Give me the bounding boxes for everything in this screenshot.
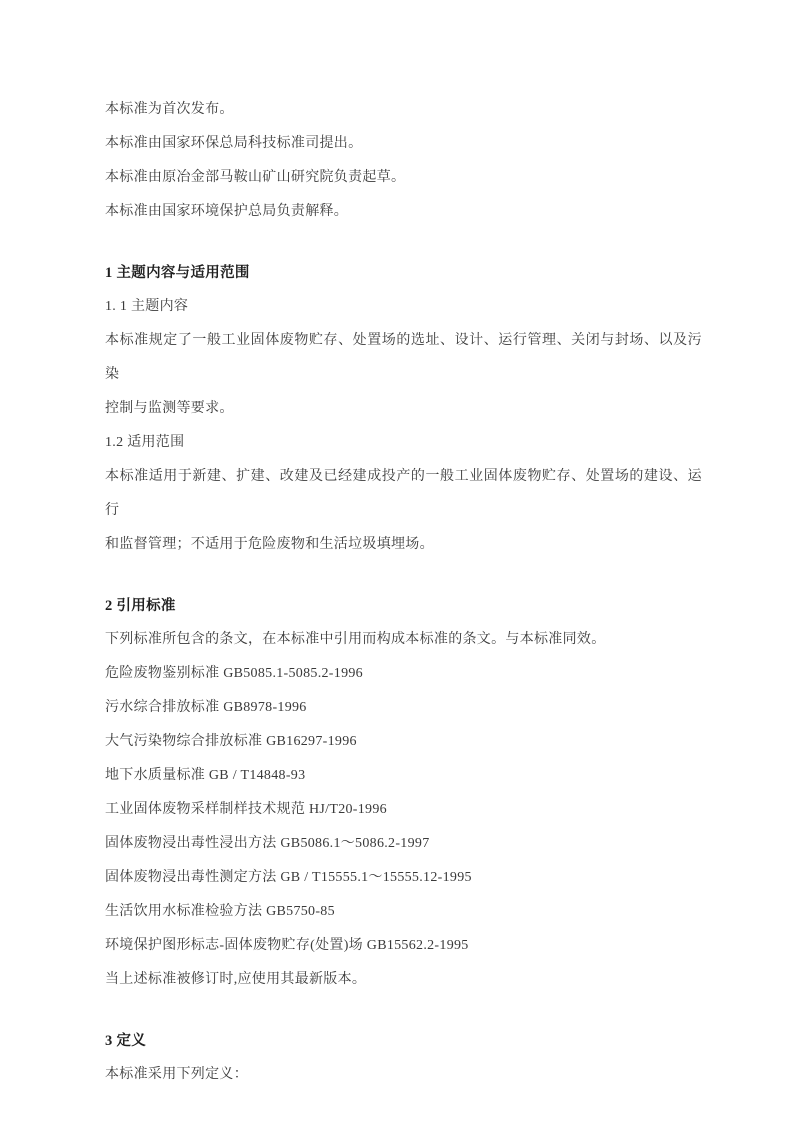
paragraph: 1.2 适用范围: [105, 426, 702, 460]
paragraph: 1. 1 主题内容: [105, 290, 702, 324]
paragraph: 本标准为首次发布。: [105, 93, 702, 127]
paragraph: 固体废物浸出毒性浸出方法 GB5086.1～5086.2-1997: [105, 827, 702, 861]
paragraph: 大气污染物综合排放标准 GB16297-1996: [105, 725, 702, 759]
paragraph: 环境保护图形标志-固体废物贮存(处置)场 GB15562.2-1995: [105, 929, 702, 963]
paragraph: 本标准由国家环境保护总局负责解释。: [105, 195, 702, 229]
paragraph: 本标准适用于新建、扩建、改建及已经建成投产的一般工业固体废物贮存、处置场的建设、…: [105, 460, 702, 562]
paragraph: 下列标准所包含的条文，在本标准中引用而构成本标准的条文。与本标准同效。: [105, 623, 702, 657]
paragraph: 工业固体废物采样制样技术规范 HJ/T20-1996: [105, 793, 702, 827]
section-heading: 3 定义: [105, 1024, 702, 1058]
paragraph: 当上述标准被修订时,应使用其最新版本。: [105, 963, 702, 997]
paragraph-line: 本标准适用于新建、扩建、改建及已经建成投产的一般工业固体废物贮存、处置场的建设、…: [105, 460, 702, 528]
paragraph-line: 控制与监测等要求。: [105, 392, 702, 426]
section-heading: 2 引用标准: [105, 589, 702, 623]
paragraph: 本标准由原冶金部马鞍山矿山研究院负责起草。: [105, 161, 702, 195]
paragraph: 危险废物鉴别标准 GB5085.1-5085.2-1996: [105, 657, 702, 691]
paragraph: 本标准规定了一般工业固体废物贮存、处置场的选址、设计、运行管理、关闭与封场、以及…: [105, 324, 702, 426]
paragraph: 本标准采用下列定义：: [105, 1058, 702, 1092]
paragraph: 污水综合排放标准 GB8978-1996: [105, 691, 702, 725]
paragraph-line: 和监督管理；不适用于危险废物和生活垃圾填埋场。: [105, 528, 702, 562]
paragraph: 地下水质量标准 GB / T14848-93: [105, 759, 702, 793]
section-heading: 1 主题内容与适用范围: [105, 256, 702, 290]
document-content: 本标准为首次发布。本标准由国家环保总局科技标准司提出。本标准由原冶金部马鞍山矿山…: [105, 93, 702, 1092]
paragraph: 本标准由国家环保总局科技标准司提出。: [105, 127, 702, 161]
document-page: 本标准为首次发布。本标准由国家环保总局科技标准司提出。本标准由原冶金部马鞍山矿山…: [0, 0, 793, 1122]
paragraph-line: 本标准规定了一般工业固体废物贮存、处置场的选址、设计、运行管理、关闭与封场、以及…: [105, 324, 702, 392]
paragraph: 固体废物浸出毒性测定方法 GB / T15555.1～15555.12-1995: [105, 861, 702, 895]
paragraph: 生活饮用水标准检验方法 GB5750-85: [105, 895, 702, 929]
